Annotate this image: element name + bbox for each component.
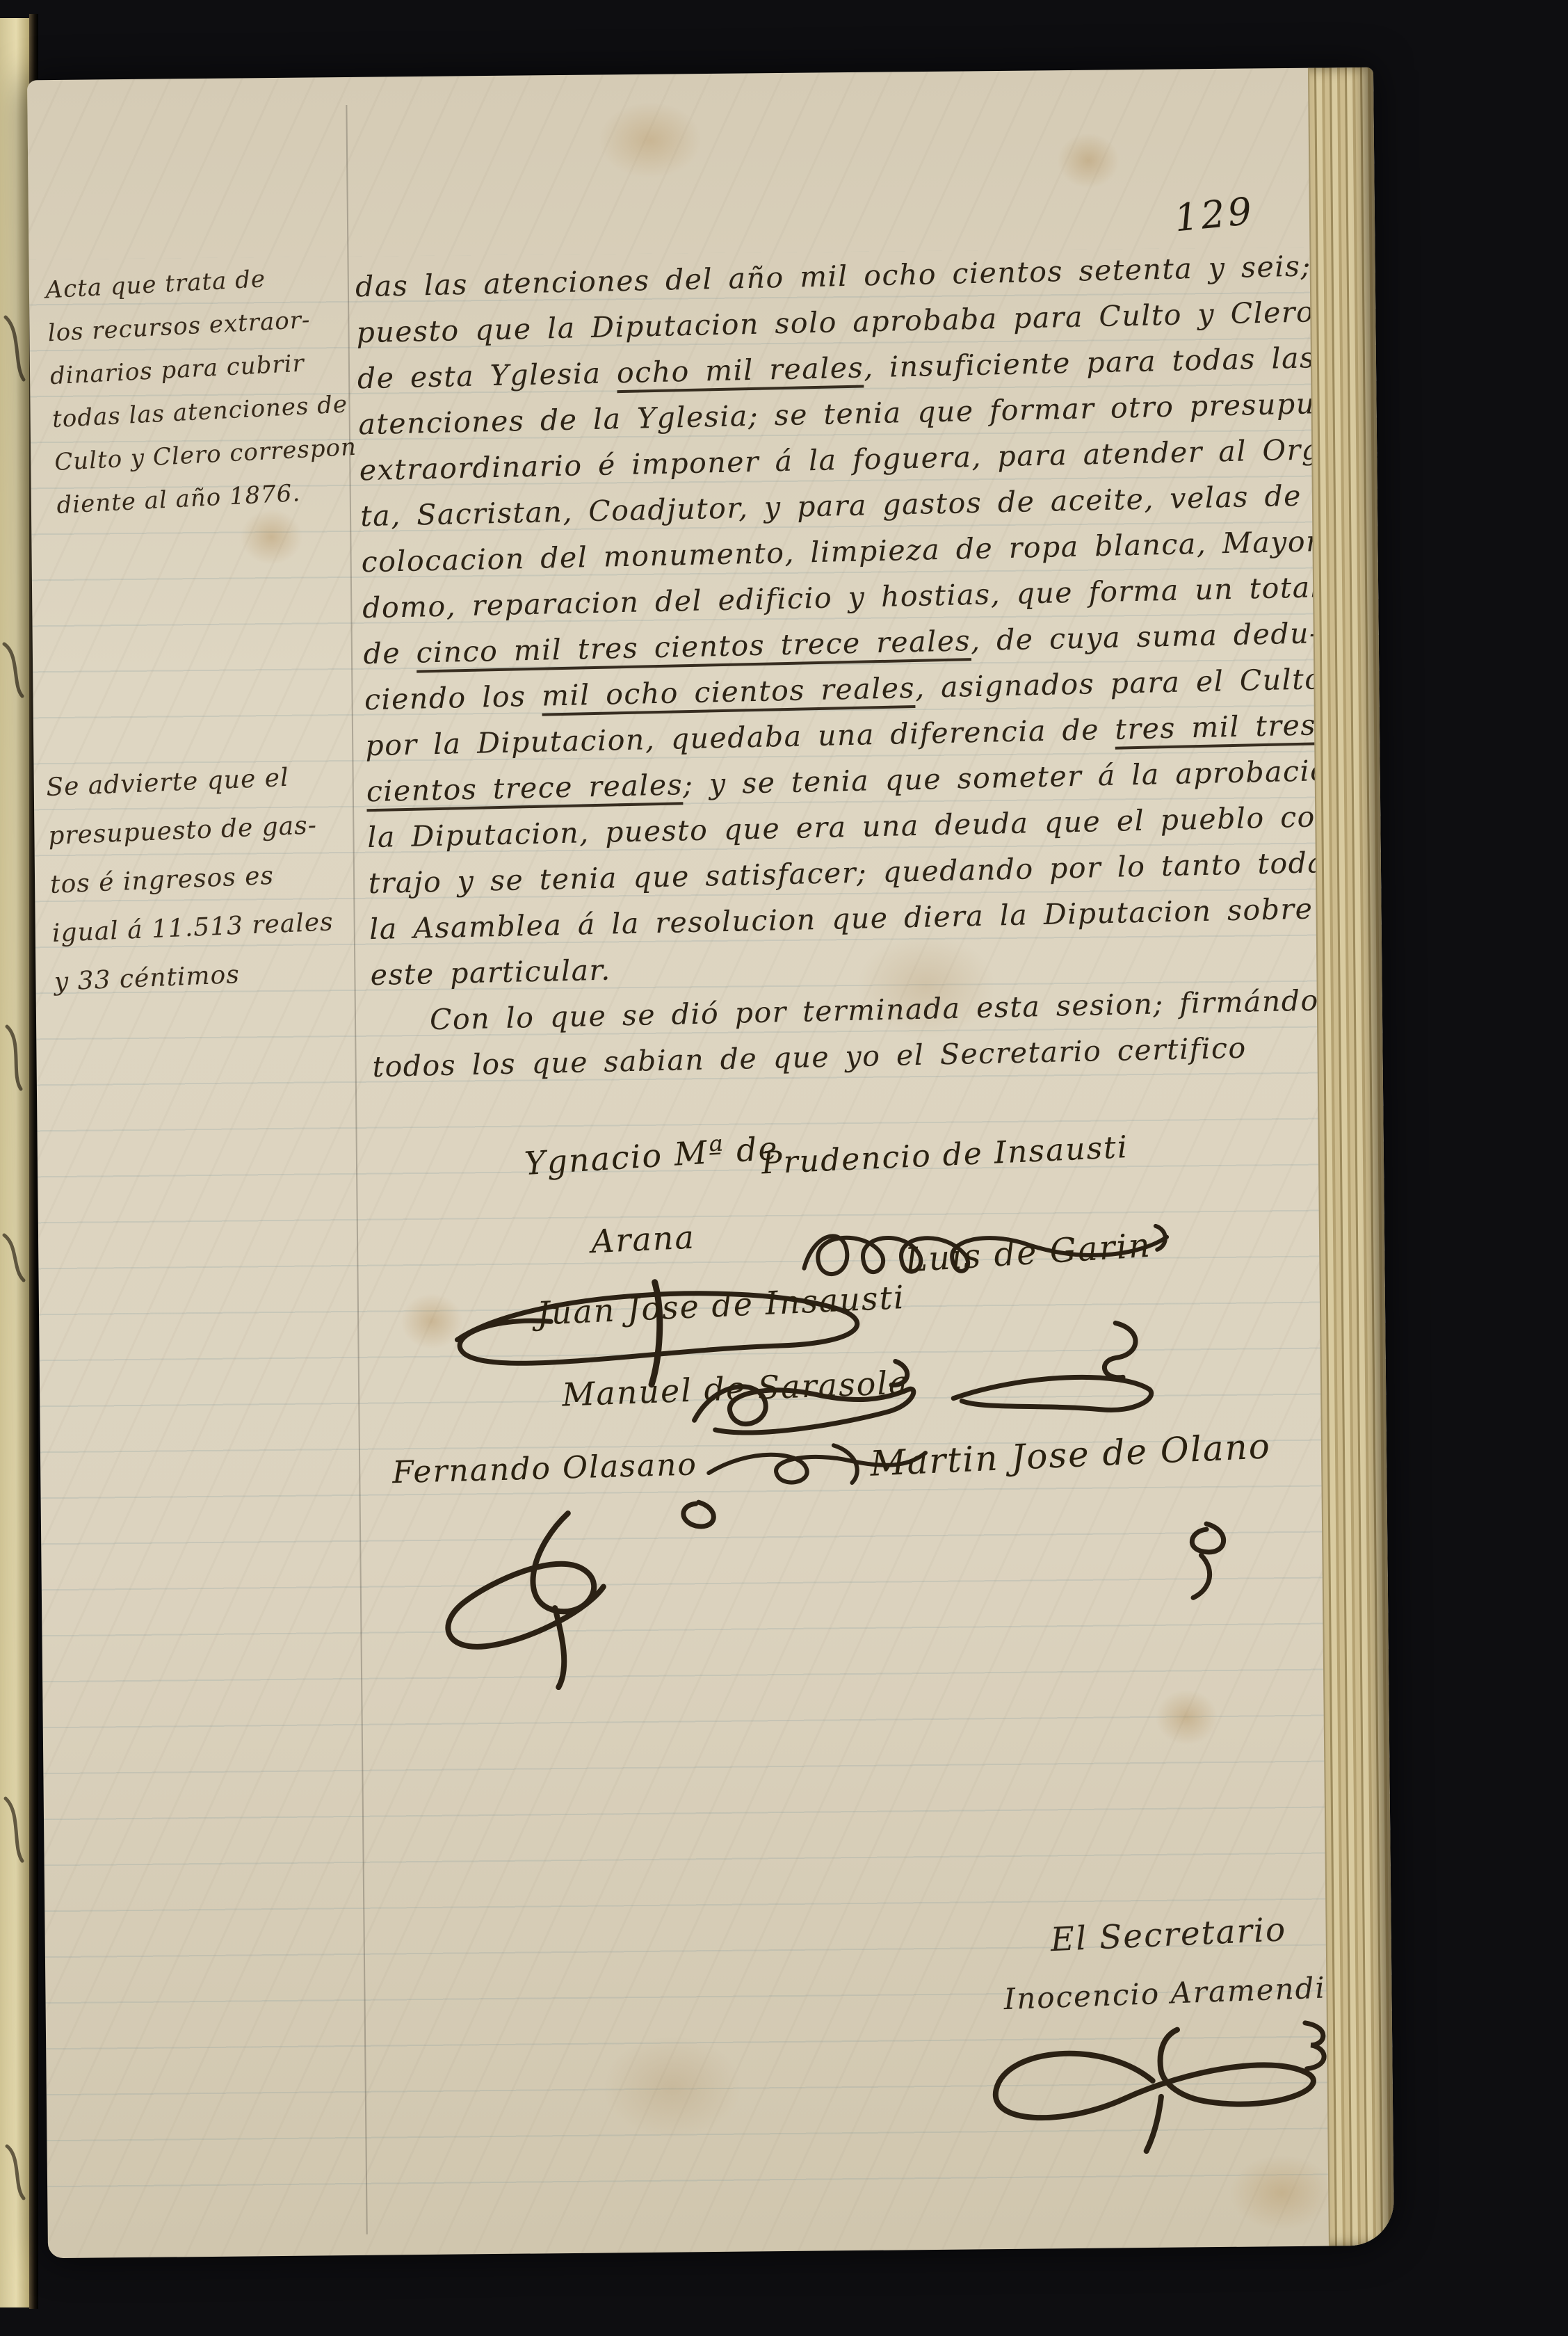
secretary-rubric-flourish (978, 2013, 1348, 2155)
signature-flourish (1151, 1517, 1249, 1601)
text-segment: este particular. (370, 953, 611, 992)
main-text-block: das las atenciones del año mil ocho cien… (355, 243, 1339, 1090)
previous-page-edge (0, 18, 29, 2307)
signature-flourish (420, 1487, 735, 1691)
signature-name: Arana (590, 1218, 696, 1261)
underlined-text: tres mil tres- (1115, 708, 1327, 750)
text-segment: de (363, 636, 417, 671)
underlined-text: cientos trece reales (366, 768, 683, 812)
text-segment: de esta Yglesia (357, 356, 617, 395)
underlined-text: ocho mil reales (616, 351, 864, 393)
text-segment: , asignados para el Culto (915, 662, 1323, 704)
manuscript-page: 129 Acta que trata delos recursos extrao… (27, 67, 1394, 2258)
text-segment: ciendo los (364, 679, 542, 717)
ink-bleed-mark (0, 18, 29, 2307)
page-number: 129 (1172, 189, 1256, 241)
signature-flourish (940, 1314, 1164, 1428)
text-segment: , de cuya suma dedu- (970, 616, 1320, 657)
margin-note: Acta que trata delos recursos extraor-di… (45, 253, 364, 527)
underlined-text: mil ocho cientos reales (542, 671, 916, 716)
text-segment: , insuficiente para todas las (864, 341, 1316, 384)
photo-backdrop: 129 Acta que trata delos recursos extrao… (0, 0, 1568, 2336)
margin-note: Se advierte que elpresupuesto de gas-tos… (45, 751, 361, 1007)
